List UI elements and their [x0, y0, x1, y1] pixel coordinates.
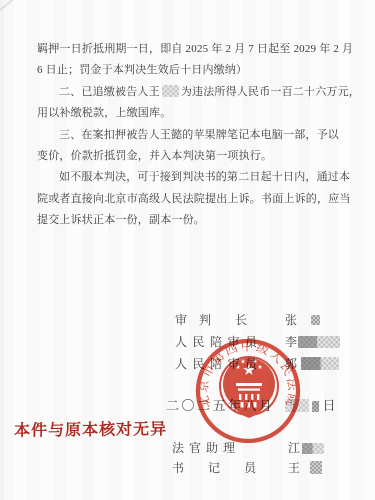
signature-row-assistant-judge: 法 官 助 理 江 [0, 439, 375, 455]
clerk-name: 王 [288, 459, 322, 476]
clerk-surname: 王 [288, 461, 300, 475]
assistant-surname: 江 [288, 441, 300, 455]
juror-label: 人民陪审员 [175, 333, 263, 350]
body-line: 如不服本判决，可于接到判决书的第二日起十日内，通过本 [37, 167, 353, 188]
signature-row-clerk: 书 记 员 王 [0, 459, 375, 475]
scan-edge-shade [0, 0, 4, 500]
redaction-box [310, 461, 322, 474]
clerk-label: 书 记 员 [172, 459, 262, 476]
body-line: 三、在案扣押被告人王懿的苹果牌笔记本电脑一部，予以 [37, 125, 353, 146]
body-line: 变价，价款折抵罚金，并入本判决第一项执行。 [37, 146, 353, 167]
body-line: 院或者直接向北京市高级人民法院提出上诉。书面上诉的，应当 [37, 189, 353, 210]
presiding-judge-label: 审 判 长 [175, 311, 247, 328]
body-line-text: 二、已追缴被告人王 [59, 86, 160, 98]
redaction-box [312, 401, 319, 412]
redaction-box [311, 315, 320, 325]
presiding-judge-name: 张 [285, 311, 320, 328]
body-line: 羁押一日折抵刑期一日，即自 2025 年 2 月 7 日起至 2029 年 2 … [37, 39, 353, 60]
body-line: 6 日止；罚金于本判决生效后十日内缴纳） [37, 60, 353, 81]
date-suffix: 日 [323, 398, 339, 413]
judge-surname: 张 [285, 313, 297, 327]
redaction-box [301, 357, 339, 370]
body-line-text: 为违法所得人民币一百二十六万元， [181, 86, 360, 98]
juror-surname: 李 [285, 335, 297, 349]
juror-name: 郭 [285, 355, 339, 372]
judgment-body-text: 羁押一日折抵刑期一日，即自 2025 年 2 月 7 日起至 2029 年 2 … [37, 39, 353, 232]
judgment-date-line: 二〇二五年八月日 [166, 395, 338, 414]
body-line: 提交上诉状正本一份，副本一份。 [37, 210, 353, 231]
verification-stamp: 本件与原本核对无异 [14, 416, 167, 441]
scanned-judgment-page: 羁押一日折抵刑期一日，即自 2025 年 2 月 7 日起至 2029 年 2 … [0, 0, 375, 500]
body-line: 二、已追缴被告人王为违法所得人民币一百二十六万元， [37, 82, 353, 103]
signature-row-juror-1: 人民陪审员 李 [0, 333, 375, 349]
redaction-box [302, 443, 324, 454]
juror-name: 李 [285, 333, 340, 350]
signature-row-presiding-judge: 审 判 长 张 [0, 311, 375, 327]
juror-label: 人民陪审员 [175, 355, 263, 372]
juror-surname: 郭 [285, 357, 297, 371]
court-seal: 北京市第四中级人民法院 [193, 336, 303, 446]
date-prefix: 二〇二五年八月 [166, 398, 275, 413]
body-line: 用以补缴税款，上缴国库。 [37, 103, 353, 124]
redaction-box [298, 336, 340, 348]
assistant-judge-label: 法 官 助 理 [172, 439, 236, 456]
assistant-judge-name: 江 [288, 439, 324, 456]
redaction-box [285, 399, 309, 412]
signature-row-juror-2: 人民陪审员 郭 [0, 355, 375, 371]
redaction-box [162, 85, 179, 97]
